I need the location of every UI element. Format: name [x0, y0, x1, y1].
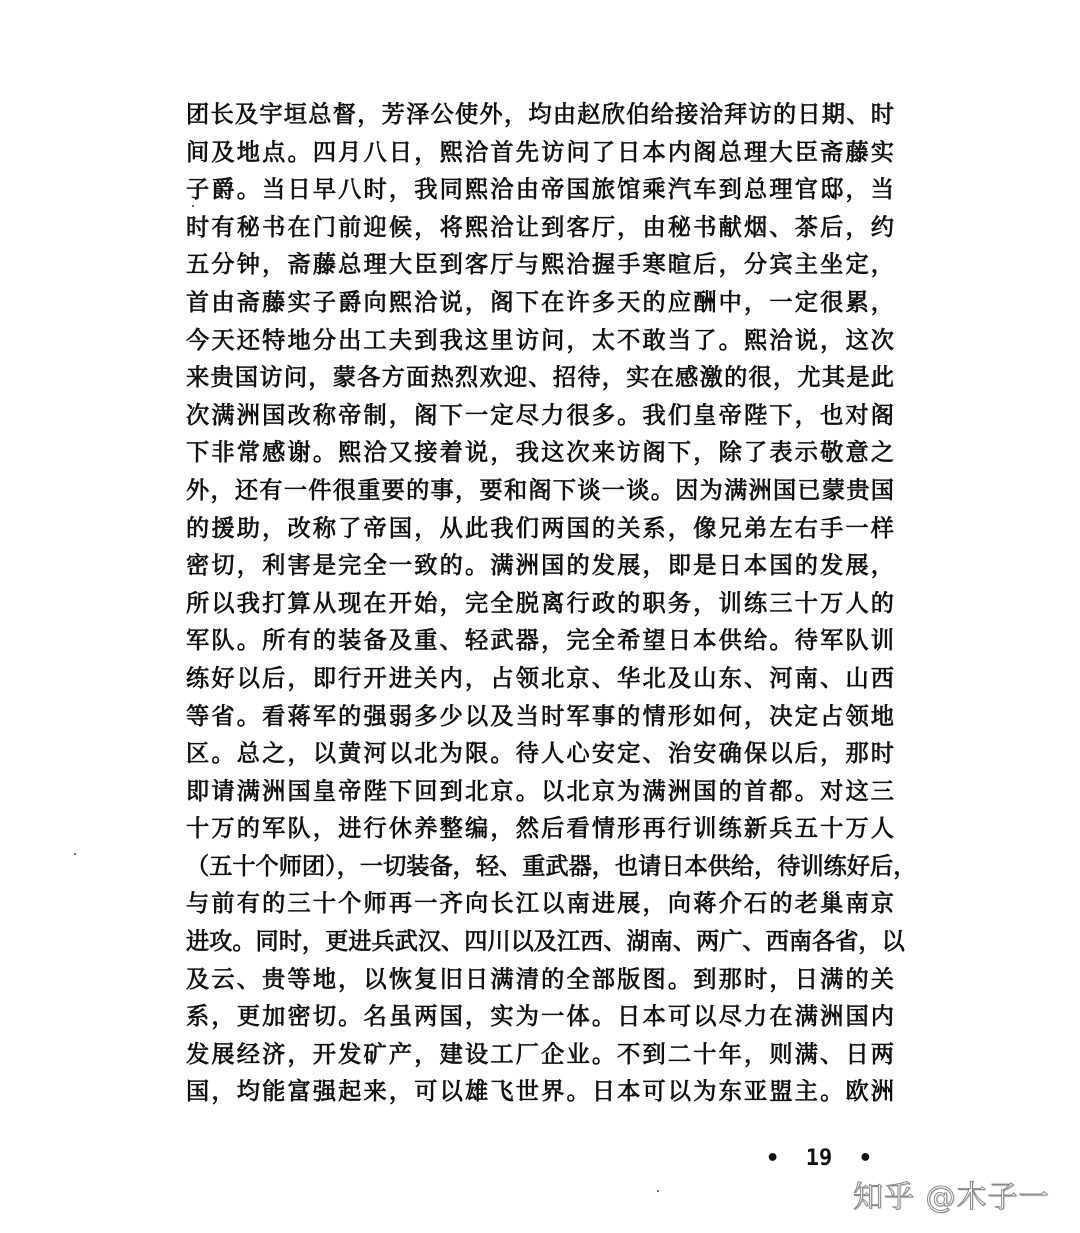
text-line: 国，均能富强起来，可以雄飞世界。日本可以为东亚盟主。欧洲	[186, 1073, 894, 1111]
text-line: 来贵国访问，蒙各方面热烈欢迎、招待，实在感激的很，尤其是此	[186, 359, 894, 397]
text-line: 及云、贵等地，以恢复旧日满清的全部版图。到那时，日满的关	[186, 961, 894, 999]
watermark: 知乎 @木子一	[853, 1172, 1050, 1216]
text-line: 等省。看蒋军的强弱多少以及当时军事的情形如何，决定占领地	[186, 698, 894, 736]
text-line: 即请满洲国皇帝陛下回到北京。以北京为满洲国的首都。对这三	[186, 773, 894, 811]
text-line: 所以我打算从现在开始，完全脱离行政的职务，训练三十万人的	[186, 585, 894, 623]
page-number: • 19 •	[766, 1146, 872, 1171]
text-line: 下非常感谢。熙洽又接着说，我这次来访阁下，除了表示敬意之	[186, 434, 894, 472]
scan-speck	[74, 853, 76, 855]
text-line: 子爵。当日早八时，我同熙洽由帝国旅馆乘汽车到总理官邸，当	[186, 171, 894, 209]
text-line: 军队。所有的装备及重、轻武器，完全希望日本供给。待军队训	[186, 622, 894, 660]
text-line: 次满洲国改称帝制，阁下一定尽力很多。我们皇帝陛下，也对阁	[186, 397, 894, 435]
text-line: 时有秘书在门前迎候，将熙洽让到客厅，由秘书献烟、茶后，约	[186, 209, 894, 247]
text-line: 团长及宇垣总督，芳泽公使外，均由赵欣伯给接洽拜访的日期、时	[186, 96, 894, 134]
text-line: 间及地点。四月八日，熙洽首先访问了日本内阁总理大臣斋藤实	[186, 134, 894, 172]
scan-speck	[192, 205, 194, 207]
text-line: 区。总之，以黄河以北为限。待人心安定、治安确保以后，那时	[186, 735, 894, 773]
text-line: 密切，利害是完全一致的。满洲国的发展，即是日本国的发展，	[186, 547, 894, 585]
scanned-book-page: 团长及宇垣总督，芳泽公使外，均由赵欣伯给接洽拜访的日期、时 间及地点。四月八日，…	[0, 0, 1080, 1233]
body-text: 团长及宇垣总督，芳泽公使外，均由赵欣伯给接洽拜访的日期、时 间及地点。四月八日，…	[186, 96, 894, 1111]
text-line: 发展经济，开发矿产，建设工厂企业。不到二十年，则满、日两	[186, 1036, 894, 1074]
text-line: （五十个师团），一切装备，轻、重武器，也请日本供给，待训练好后，	[186, 848, 894, 886]
text-line: 首由斋藤实子爵向熙洽说，阁下在许多天的应酬中，一定很累，	[186, 284, 894, 322]
text-line: 系，更加密切。名虽两国，实为一体。日本可以尽力在满洲国内	[186, 998, 894, 1036]
text-line: 练好以后，即行开进关内，占领北京、华北及山东、河南、山西	[186, 660, 894, 698]
text-line: 与前有的三十个师再一齐向长江以南进展，向蒋介石的老巢南京	[186, 885, 894, 923]
text-line: 进攻。同时，更进兵武汉、四川以及江西、湖南、两广、西南各省，以	[186, 923, 894, 961]
text-line: 今天还特地分出工夫到我这里访问，太不敢当了。熙洽说，这次	[186, 322, 894, 360]
scan-speck	[657, 1190, 659, 1192]
text-line: 的援助，改称了帝国，从此我们两国的关系，像兄弟左右手一样	[186, 510, 894, 548]
text-line: 五分钟，斋藤总理大臣到客厅与熙洽握手寒暄后，分宾主坐定，	[186, 246, 894, 284]
text-line: 外，还有一件很重要的事，要和阁下谈一谈。因为满洲国已蒙贵国	[186, 472, 894, 510]
text-line: 十万的军队，进行休养整编，然后看情形再行训练新兵五十万人	[186, 810, 894, 848]
